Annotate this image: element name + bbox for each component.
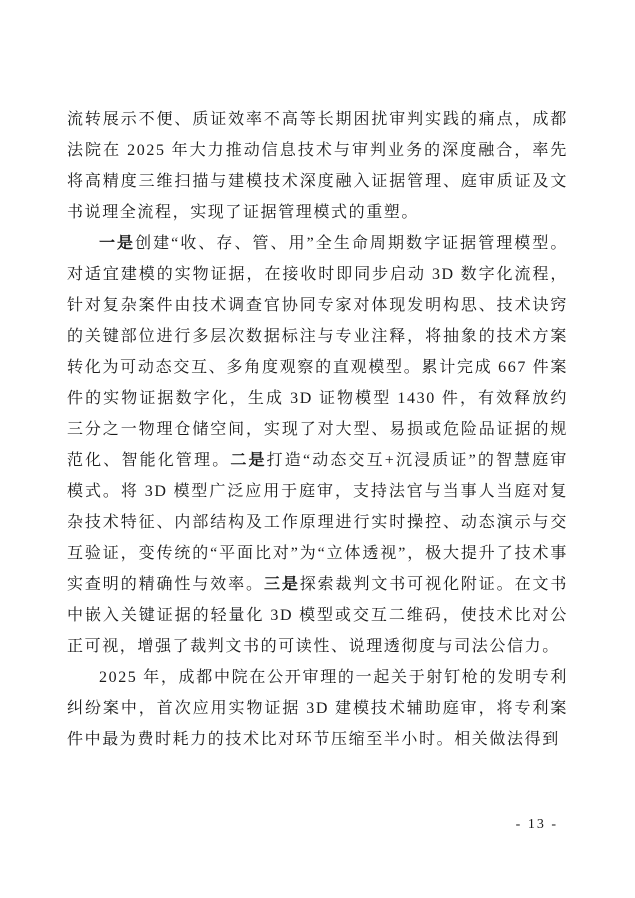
paragraph-2-segment-4: 打造“动态交互+沉浸质证”的智慧庭审模式。将 3D 模型广泛应用于庭审，支持法官… <box>67 452 568 593</box>
paragraph-3: 2025 年，成都中院在公开审理的一起关于射钉枪的发明专利纠纷案中，首次应用实物… <box>67 662 568 755</box>
paragraph-3-segment-1: 2025 年，成都中院在公开审理的一起关于射钉枪的发明专利纠纷案中，首次应用实物… <box>67 669 568 748</box>
paragraph-2-segment-3: 二是 <box>230 452 266 469</box>
paragraph-2-segment-5: 三是 <box>264 576 300 593</box>
page-number: - 13 - <box>516 817 558 833</box>
paragraph-2-segment-2: 创建“收、存、管、用”全生命周期数字证据管理模型。对适宜建模的实物证据，在接收时… <box>67 235 568 469</box>
paragraph-1: 流转展示不便、质证效率不高等长期困扰审判实践的痛点，成都法院在 2025 年大力… <box>67 104 568 228</box>
paragraph-1-segment-1: 流转展示不便、质证效率不高等长期困扰审判实践的痛点，成都法院在 2025 年大力… <box>67 111 568 221</box>
paragraph-2: 一是创建“收、存、管、用”全生命周期数字证据管理模型。对适宜建模的实物证据，在接… <box>67 228 568 662</box>
paragraph-2-segment-1: 一是 <box>99 235 135 252</box>
document-body: 流转展示不便、质证效率不高等长期困扰审判实践的痛点，成都法院在 2025 年大力… <box>67 104 568 755</box>
document-page: 流转展示不便、质证效率不高等长期困扰审判实践的痛点，成都法院在 2025 年大力… <box>0 0 635 898</box>
